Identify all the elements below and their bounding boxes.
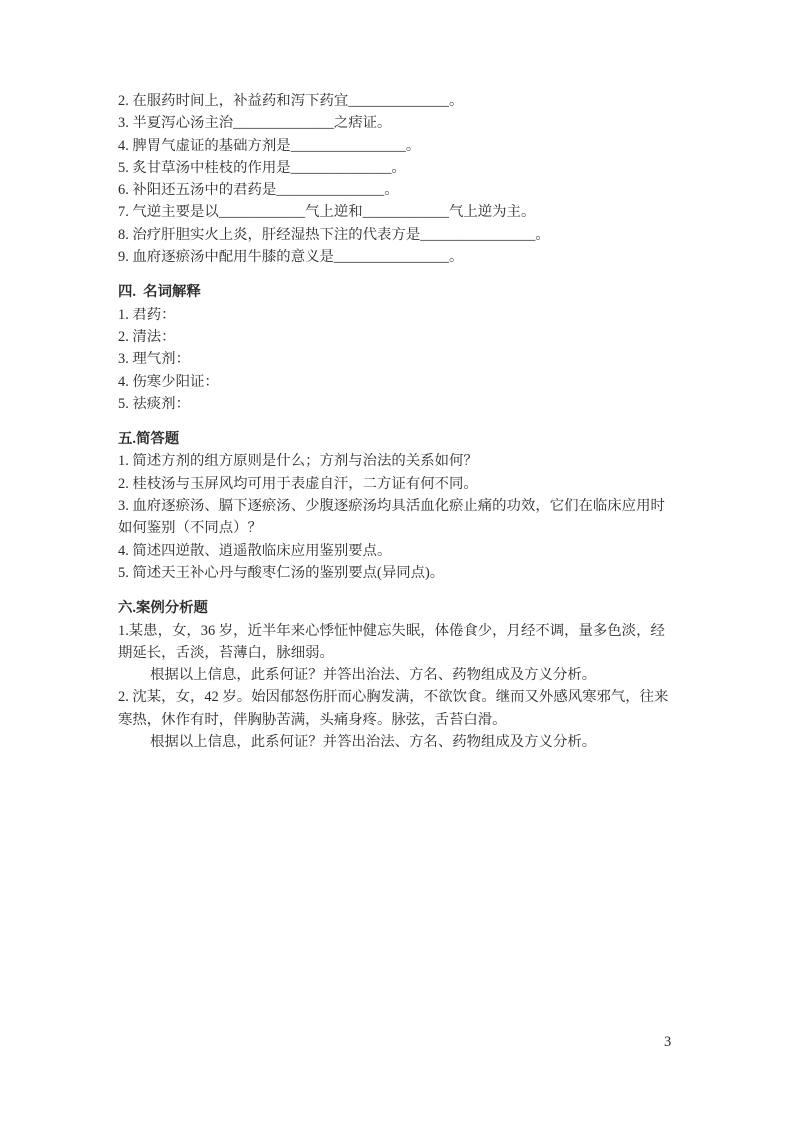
case-text: 2. 沈某，女，42 岁。始因郁怒伤肝而心胸发满，不欲饮食。继而又外感风寒邪气，… [118,686,678,731]
short-answer-item: 2. 桂枝汤与玉屏风均可用于表虚自汗，二方证有何不同。 [118,473,678,495]
fill-blank-question: 9. 血府逐瘀汤中配用牛膝的意义是________________。 [118,246,678,268]
page-content: 2. 在服药时间上，补益药和泻下药宜______________。 3. 半夏泻… [118,90,678,753]
document-page: 2. 在服药时间上，补益药和泻下药宜______________。 3. 半夏泻… [0,0,793,1122]
fill-blank-question: 2. 在服药时间上，补益药和泻下药宜______________。 [118,90,678,112]
fill-blank-question: 7. 气逆主要是以____________气上逆和____________气上逆… [118,201,678,223]
section-heading-terms: 四. 名词解释 [118,281,678,303]
term-item: 1. 君药： [118,304,678,326]
fill-blank-question: 3. 半夏泻心汤主治______________之痞证。 [118,112,678,134]
section-heading-short-answer: 五.简答题 [118,428,678,450]
short-answer-item: 1. 简述方剂的组方原则是什么；方剂与治法的关系如何？ [118,450,678,472]
fill-blank-question: 4. 脾胃气虚证的基础方剂是________________。 [118,135,678,157]
short-answer-item: 5. 简述天王补心丹与酸枣仁汤的鉴别要点(异同点)。 [118,562,678,584]
fill-blank-question: 5. 炙甘草汤中桂枝的作用是______________。 [118,157,678,179]
term-item: 3. 理气剂： [118,348,678,370]
section-heading-case-analysis: 六.案例分析题 [118,597,678,619]
term-item: 2. 清法： [118,326,678,348]
page-number: 3 [664,1034,671,1051]
fill-blank-question: 6. 补阳还五汤中的君药是_______________。 [118,179,678,201]
case-text: 1.某患，女，36 岁，近半年来心悸怔忡健忘失眠，体倦食少，月经不调，量多色淡，… [118,620,678,665]
case-question: 根据以上信息，此系何证？并答出治法、方名、药物组成及方义分析。 [118,664,678,686]
short-answer-item: 3. 血府逐瘀汤、膈下逐瘀汤、少腹逐瘀汤均具活血化瘀止痛的功效，它们在临床应用时… [118,495,678,540]
short-answer-item: 4. 简述四逆散、逍遥散临床应用鉴别要点。 [118,540,678,562]
term-item: 4. 伤寒少阳证： [118,371,678,393]
fill-blank-question: 8. 治疗肝胆实火上炎，肝经湿热下注的代表方是________________。 [118,224,678,246]
term-item: 5. 祛痰剂： [118,393,678,415]
case-question: 根据以上信息，此系何证？并答出治法、方名、药物组成及方义分析。 [118,731,678,753]
